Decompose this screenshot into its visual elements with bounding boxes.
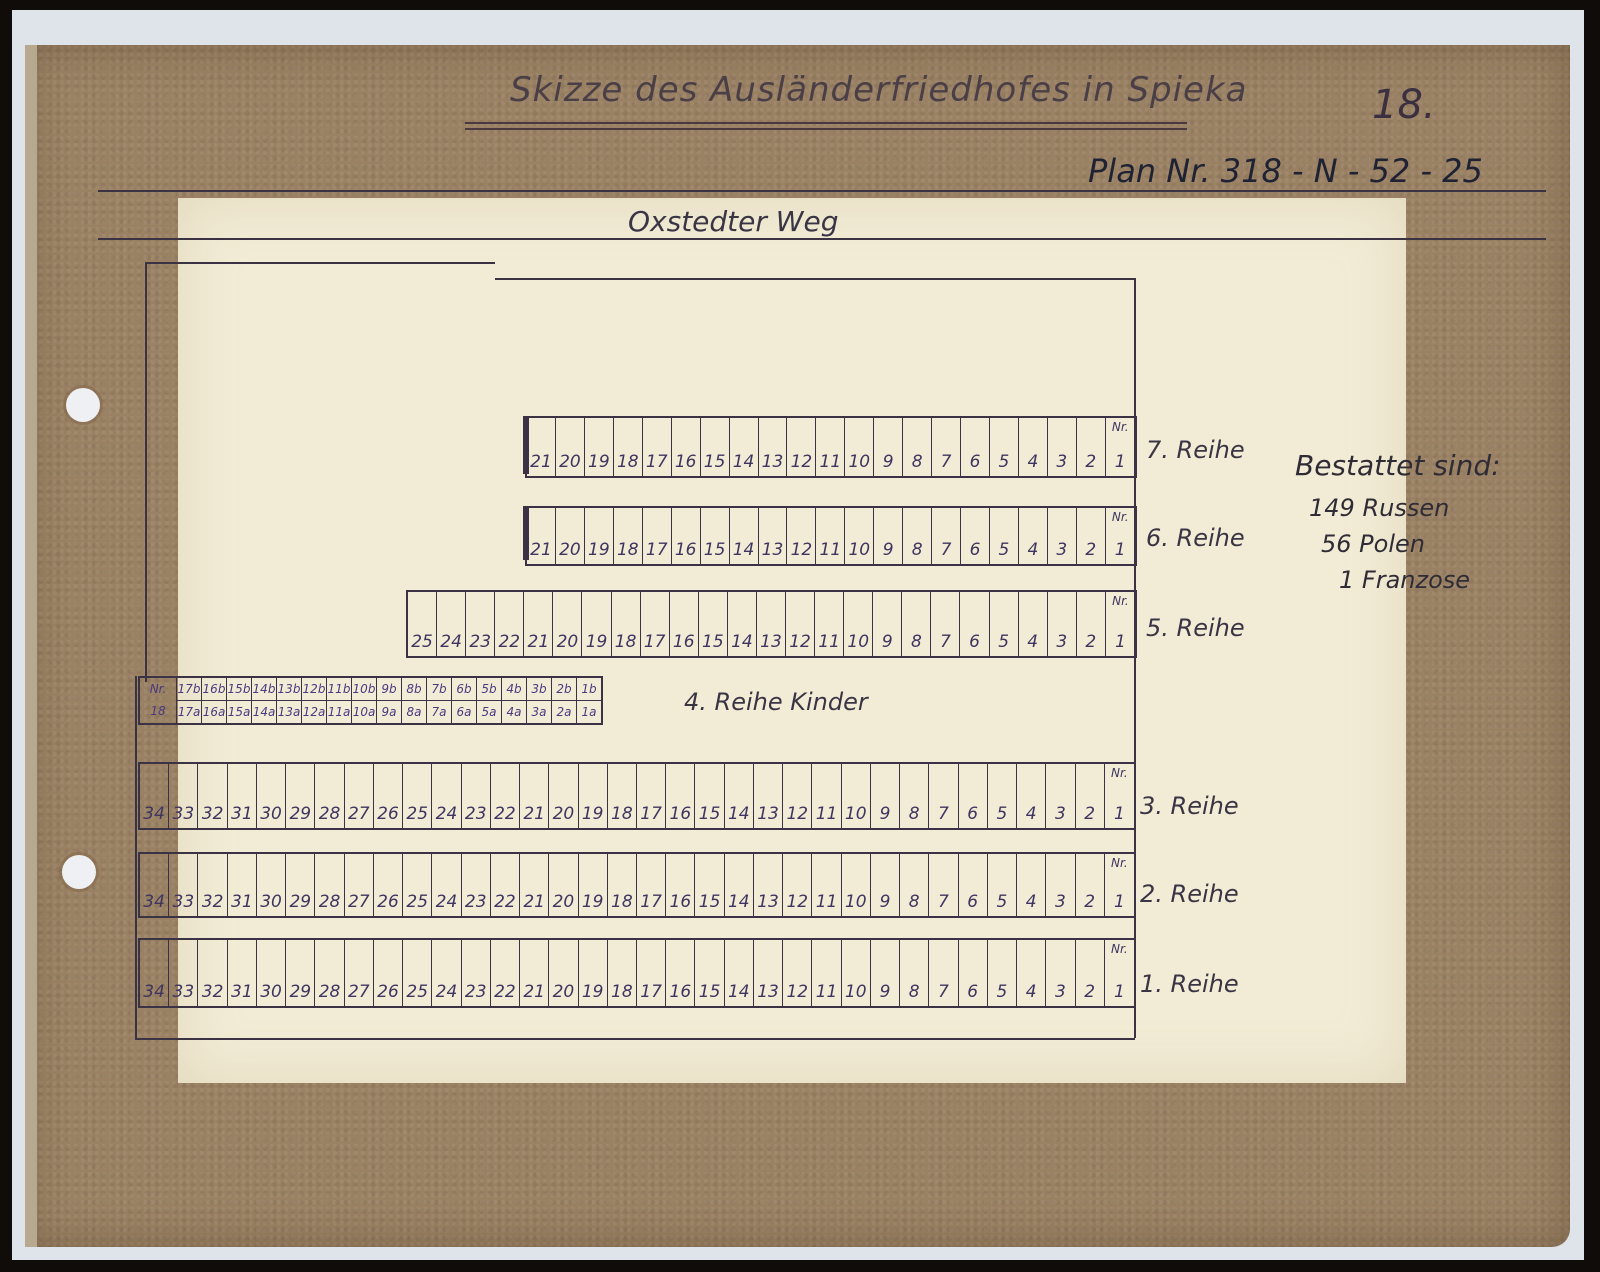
summary-russians: 149 Russen: [1295, 490, 1501, 526]
grave-cell: 6: [961, 418, 990, 476]
title-underline-2: [465, 128, 1187, 130]
grave-cell: 6: [959, 854, 988, 916]
boundary-bottom: [135, 1038, 1135, 1040]
grave-cell-kinder: 14b14a: [252, 678, 277, 723]
punch-hole-bottom: [62, 855, 96, 889]
grave-cell: 14: [725, 940, 754, 1006]
row-label-5: 5. Reihe: [1146, 614, 1245, 642]
grave-cell: 20: [549, 854, 578, 916]
row-label-7: 7. Reihe: [1146, 436, 1245, 464]
grave-cell: 11: [816, 418, 845, 476]
grave-row-4-kinder: Nr.1817b17a16b16a15b15a14b14a13b13a12b12…: [138, 676, 603, 725]
boundary-left-lower: [135, 676, 137, 1040]
grave-cell: 27: [345, 764, 374, 828]
grave-cell: 16: [666, 940, 695, 1006]
grave-cell: 25: [403, 940, 432, 1006]
grave-cell: 15: [699, 592, 728, 656]
grave-cell: 21: [520, 940, 549, 1006]
grave-cell: 30: [257, 940, 286, 1006]
grave-cell: 31: [228, 854, 257, 916]
grave-cell: 23: [462, 940, 491, 1006]
grave-cell-kinder: 4b4a: [502, 678, 527, 723]
nr-label: Nr.: [1111, 856, 1128, 870]
grave-cell: 29: [286, 764, 315, 828]
punch-hole-top: [66, 388, 100, 422]
grave-cell: 17: [637, 764, 666, 828]
row-label-2: 2. Reihe: [1140, 880, 1239, 908]
grave-cell-kinder: 3b3a: [527, 678, 552, 723]
boundary-left: [145, 262, 147, 682]
grave-cell: 22: [491, 940, 520, 1006]
grave-cell: 11: [812, 940, 841, 1006]
grave-cell: 3: [1046, 940, 1075, 1006]
grave-cell: 3: [1048, 508, 1077, 564]
grave-cell: 32: [198, 764, 227, 828]
grave-cell: 10: [845, 508, 874, 564]
grave-cell: 34: [140, 854, 169, 916]
grave-cell: 19: [585, 508, 614, 564]
grave-cell: 7: [932, 418, 961, 476]
grave-cell: 14: [730, 508, 759, 564]
burial-summary: Bestattet sind: 149 Russen 56 Polen 1 Fr…: [1295, 448, 1501, 598]
grave-cell: 9: [873, 592, 902, 656]
grave-cell: 9: [871, 940, 900, 1006]
plan-number: Plan Nr. 318 - N - 52 - 25: [1088, 152, 1483, 190]
boundary-right: [1134, 278, 1136, 1038]
row-label-1: 1. Reihe: [1140, 970, 1239, 998]
grave-cell: 31: [228, 764, 257, 828]
grave-cell: 13: [759, 418, 788, 476]
grave-cell: 11: [812, 764, 841, 828]
title-underline: [465, 122, 1187, 124]
grave-cell: 4: [1019, 418, 1048, 476]
grave-cell: 5: [990, 418, 1019, 476]
grave-cell: 6: [961, 508, 990, 564]
grave-cell: 17: [637, 940, 666, 1006]
grave-row-6: 212019181716151413121110987654321Nr.: [525, 506, 1137, 566]
grave-cell: 12: [787, 508, 816, 564]
grave-cell: 5: [988, 764, 1017, 828]
nr-label: Nr.: [1111, 766, 1128, 780]
grave-cell: 21: [524, 592, 553, 656]
grave-cell: 9: [871, 764, 900, 828]
grave-cell: 2: [1077, 418, 1106, 476]
grave-cell: 8: [900, 940, 929, 1006]
street-name: Oxstedter Weg: [628, 205, 838, 238]
grave-cell: 21: [527, 508, 556, 564]
grave-cell-kinder: 10b10a: [352, 678, 377, 723]
grave-cell: 15: [695, 764, 724, 828]
nr-label: Nr.: [1111, 942, 1128, 956]
grave-cell: 19: [579, 940, 608, 1006]
grave-cell: 18: [614, 508, 643, 564]
grave-cell: 11: [815, 592, 844, 656]
page-number: 18.: [1372, 82, 1436, 128]
grave-cell: 3: [1046, 854, 1075, 916]
document-title: Skizze des Ausländerfriedhofes in Spieka: [510, 70, 1248, 110]
grave-cell-kinder: 2b2a: [552, 678, 577, 723]
grave-cell: 5: [990, 592, 1019, 656]
grave-cell: 16: [672, 508, 701, 564]
grave-cell: 10: [845, 418, 874, 476]
grave-cell: 20: [549, 764, 578, 828]
grave-cell: 24: [432, 854, 461, 916]
grave-cell: 4: [1019, 508, 1048, 564]
grave-cell: 4: [1017, 854, 1046, 916]
summary-poles: 56 Polen: [1295, 526, 1501, 562]
grave-cell: 1Nr.: [1106, 508, 1135, 564]
grave-cell: 19: [585, 418, 614, 476]
grave-cell: 6: [959, 764, 988, 828]
grave-cell: 29: [286, 940, 315, 1006]
grave-cell-kinder: 12b12a: [302, 678, 327, 723]
grave-cell: 22: [491, 854, 520, 916]
grave-cell: 18: [612, 592, 641, 656]
summary-french: 1 Franzose: [1295, 562, 1501, 598]
grave-cell-kinder-first: Nr.18: [140, 678, 177, 723]
nr-label: Nr.: [1112, 420, 1129, 434]
grave-cell: 1Nr.: [1105, 854, 1134, 916]
grave-cell: 9: [874, 418, 903, 476]
summary-heading: Bestattet sind:: [1295, 448, 1501, 484]
grave-cell: 25: [403, 764, 432, 828]
grave-cell: 1Nr.: [1105, 940, 1134, 1006]
grave-cell: 9: [874, 508, 903, 564]
grave-cell: 29: [286, 854, 315, 916]
grave-cell: 1Nr.: [1106, 592, 1135, 656]
grave-cell: 23: [466, 592, 495, 656]
grave-cell: 20: [553, 592, 582, 656]
grave-cell: 16: [672, 418, 701, 476]
grave-cell: 21: [520, 854, 549, 916]
grave-cell: 13: [759, 508, 788, 564]
grave-cell: 26: [374, 854, 403, 916]
grave-cell: 15: [701, 508, 730, 564]
grave-cell: 4: [1017, 764, 1046, 828]
road-line-bottom: [98, 238, 1546, 240]
grave-cell: 5: [988, 854, 1017, 916]
grave-cell: 3: [1046, 764, 1075, 828]
grave-cell-kinder: 9b9a: [377, 678, 402, 723]
grave-cell: 23: [462, 764, 491, 828]
grave-cell-kinder: 6b6a: [452, 678, 477, 723]
grave-cell: 7: [929, 940, 958, 1006]
grave-cell: 8: [900, 854, 929, 916]
grave-cell-kinder: 8b8a: [402, 678, 427, 723]
grave-cell: 7: [929, 854, 958, 916]
grave-cell: 22: [495, 592, 524, 656]
nr-label: Nr.: [1112, 510, 1129, 524]
grave-cell: 5: [990, 508, 1019, 564]
grave-cell: 7: [931, 592, 960, 656]
grave-cell: 10: [842, 940, 871, 1006]
grave-cell: 19: [579, 854, 608, 916]
grave-cell: 13: [757, 592, 786, 656]
grave-cell: 30: [257, 764, 286, 828]
grave-cell: 14: [725, 854, 754, 916]
grave-cell: 28: [315, 940, 344, 1006]
grave-cell: 26: [374, 940, 403, 1006]
grave-row-1: 3433323130292827262524232221201918171615…: [138, 938, 1136, 1008]
grave-cell: 15: [701, 418, 730, 476]
boundary-top-left: [145, 262, 495, 264]
grave-cell: 4: [1019, 592, 1048, 656]
grave-cell: 6: [959, 940, 988, 1006]
grave-cell-kinder: 13b13a: [277, 678, 302, 723]
grave-cell: 8: [902, 592, 931, 656]
row-label-3: 3. Reihe: [1140, 792, 1239, 820]
grave-cell: 33: [169, 854, 198, 916]
grave-cell: 18: [608, 854, 637, 916]
grave-row-2: 3433323130292827262524232221201918171615…: [138, 852, 1136, 918]
grave-cell: 22: [491, 764, 520, 828]
grave-cell-kinder: 1b1a: [577, 678, 601, 723]
boundary-top-right: [495, 278, 1135, 280]
grave-cell: 34: [140, 940, 169, 1006]
grave-cell: 2: [1076, 764, 1105, 828]
grave-cell: 12: [787, 418, 816, 476]
grave-cell: 8: [900, 764, 929, 828]
grave-cell: 16: [666, 764, 695, 828]
grave-cell: 16: [666, 854, 695, 916]
grave-cell: 17: [637, 854, 666, 916]
grave-cell: 25: [408, 592, 437, 656]
row-label-6: 6. Reihe: [1146, 524, 1245, 552]
grave-cell: 12: [783, 764, 812, 828]
grave-cell: 13: [754, 854, 783, 916]
grave-cell: 7: [929, 764, 958, 828]
grave-cell: 24: [437, 592, 466, 656]
grave-cell-kinder: 16b16a: [202, 678, 227, 723]
grave-cell: 10: [844, 592, 873, 656]
grave-cell: 7: [932, 508, 961, 564]
grave-cell-kinder: 7b7a: [427, 678, 452, 723]
grave-cell: 3: [1048, 418, 1077, 476]
grave-cell: 20: [556, 418, 585, 476]
grave-cell: 11: [816, 508, 845, 564]
grave-cell: 32: [198, 854, 227, 916]
grave-cell: 11: [812, 854, 841, 916]
grave-cell-kinder: 17b17a: [177, 678, 202, 723]
grave-cell: 20: [556, 508, 585, 564]
grave-cell: 32: [198, 940, 227, 1006]
grave-row-3: 3433323130292827262524232221201918171615…: [138, 762, 1136, 830]
grave-cell: 28: [315, 764, 344, 828]
grave-cell: 17: [641, 592, 670, 656]
grave-cell: 24: [432, 764, 461, 828]
grave-cell: 21: [520, 764, 549, 828]
grave-row-5: 2524232221201918171615141312111098765432…: [406, 590, 1137, 658]
grave-cell: 12: [786, 592, 815, 656]
grave-cell: 18: [608, 940, 637, 1006]
grave-cell: 8: [903, 418, 932, 476]
grave-cell: 2: [1077, 508, 1106, 564]
grave-cell-kinder: 15b15a: [227, 678, 252, 723]
row-label-4: 4. Reihe Kinder: [684, 688, 868, 716]
grave-cell: 23: [462, 854, 491, 916]
grave-cell: 16: [670, 592, 699, 656]
grave-cell: 9: [871, 854, 900, 916]
grave-cell: 3: [1048, 592, 1077, 656]
grave-cell-kinder: 11b11a: [327, 678, 352, 723]
grave-cell-kinder: 5b5a: [477, 678, 502, 723]
grave-cell: 26: [374, 764, 403, 828]
grave-cell: 34: [140, 764, 169, 828]
grave-cell: 4: [1017, 940, 1046, 1006]
grave-cell: 18: [614, 418, 643, 476]
grave-cell: 1Nr.: [1105, 764, 1134, 828]
grave-cell: 17: [643, 418, 672, 476]
grave-cell: 8: [903, 508, 932, 564]
road-line-top: [98, 190, 1546, 192]
grave-cell: 14: [728, 592, 757, 656]
grave-cell: 1Nr.: [1106, 418, 1135, 476]
grave-cell: 33: [169, 940, 198, 1006]
grave-cell: 15: [695, 940, 724, 1006]
grave-cell: 5: [988, 940, 1017, 1006]
grave-cell: 27: [345, 854, 374, 916]
grave-cell: 19: [579, 764, 608, 828]
grave-cell: 10: [842, 764, 871, 828]
grave-cell: 25: [403, 854, 432, 916]
grave-row-7: 212019181716151413121110987654321Nr.: [525, 416, 1137, 478]
nr-label: Nr.: [1112, 594, 1129, 608]
grave-cell: 20: [549, 940, 578, 1006]
grave-cell: 33: [169, 764, 198, 828]
grave-cell: 13: [754, 940, 783, 1006]
grave-cell: 12: [783, 854, 812, 916]
grave-cell: 14: [725, 764, 754, 828]
grave-cell: 19: [582, 592, 611, 656]
grave-cell: 6: [960, 592, 989, 656]
grave-cell: 14: [730, 418, 759, 476]
grave-cell: 31: [228, 940, 257, 1006]
grave-cell: 27: [345, 940, 374, 1006]
grave-cell: 10: [842, 854, 871, 916]
grave-cell: 15: [695, 854, 724, 916]
grave-cell: 12: [783, 940, 812, 1006]
grave-cell: 2: [1076, 854, 1105, 916]
grave-cell: 13: [754, 764, 783, 828]
grave-cell: 28: [315, 854, 344, 916]
grave-cell: 17: [643, 508, 672, 564]
grave-cell: 21: [527, 418, 556, 476]
grave-cell: 18: [608, 764, 637, 828]
mount-edge: [25, 45, 37, 1247]
grave-cell: 24: [432, 940, 461, 1006]
grave-cell: 30: [257, 854, 286, 916]
grave-cell: 2: [1076, 940, 1105, 1006]
grave-cell: 2: [1077, 592, 1106, 656]
